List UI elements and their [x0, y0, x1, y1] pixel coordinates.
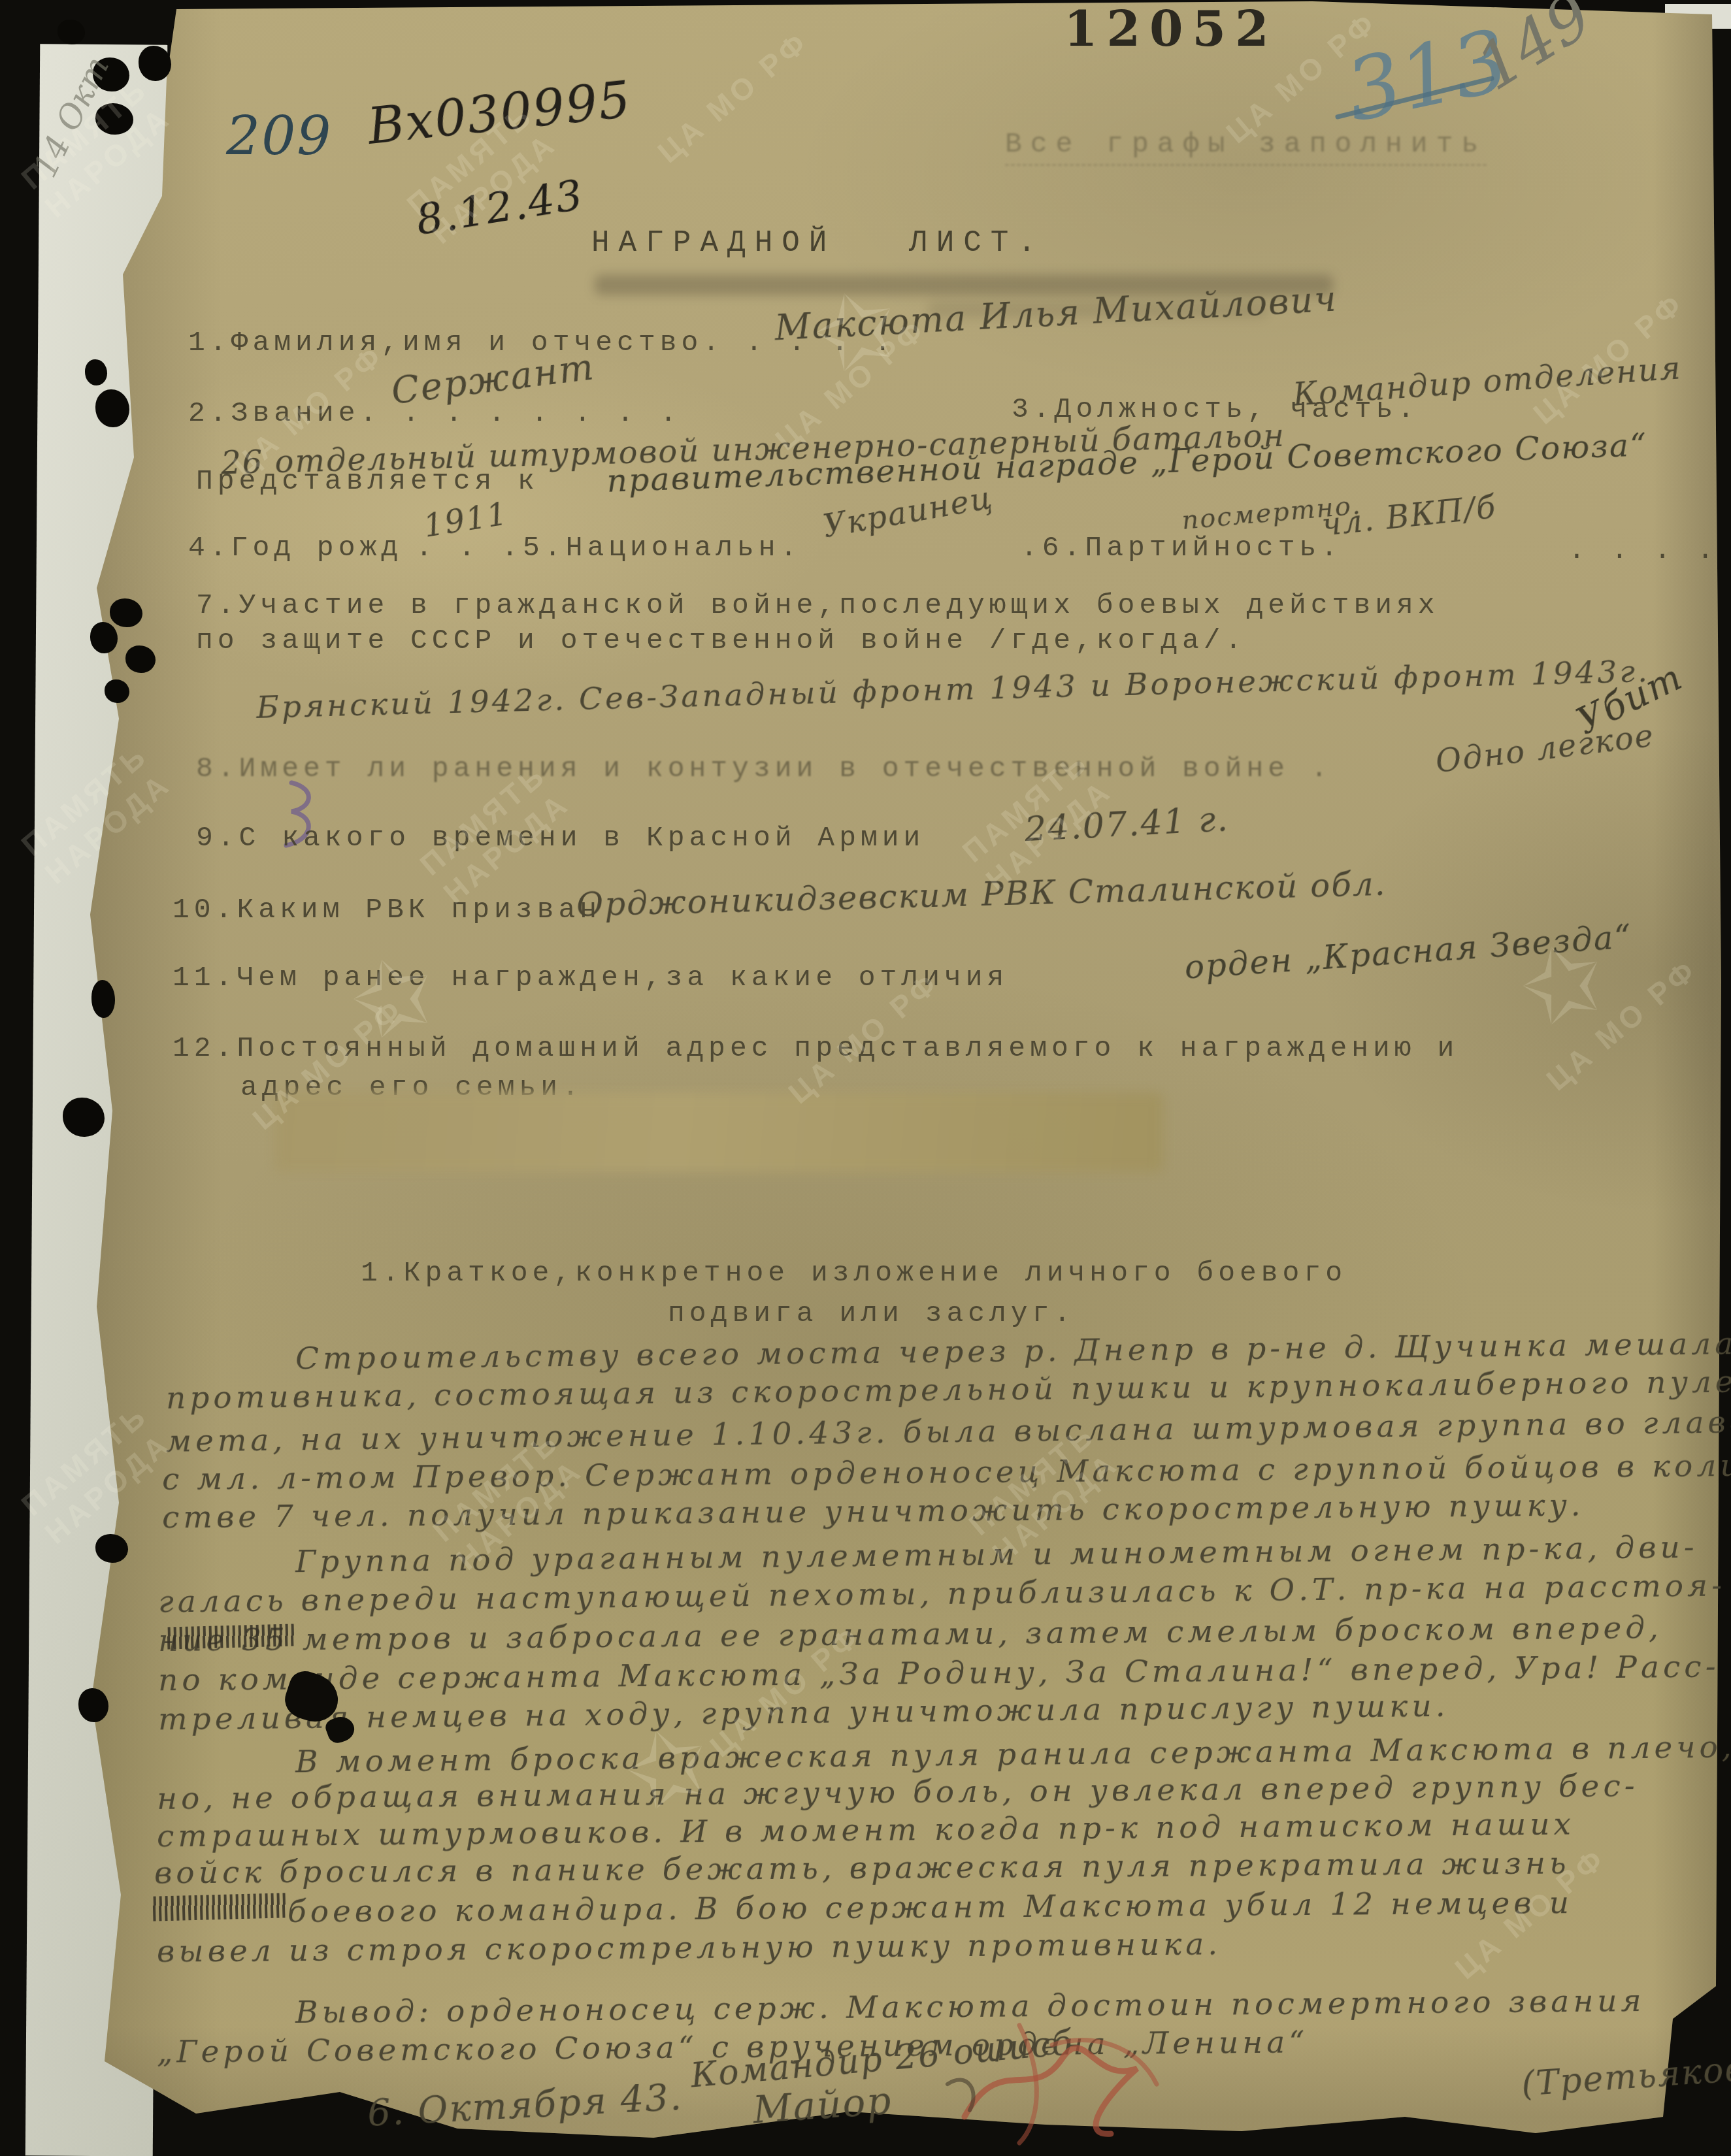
scanned-award-document: 12052 313 149 209 Вх030995 8.12.43 14 Ок…	[0, 0, 1731, 2156]
field-12-label-line1: 12.Постоянный домашний адрес представляе…	[173, 1032, 1459, 1064]
field-9-label: 9.С какого времени в Красной Армии	[196, 822, 925, 854]
citation-line: вывел из строя скорострельную пушку прот…	[157, 1926, 1222, 1969]
punch-hole	[78, 1688, 108, 1722]
field-7-label-line2: по защите СССР и отечественной войне /гд…	[196, 625, 1246, 657]
punch-hole	[105, 679, 129, 703]
citation-heading-line1: 1.Краткое,конкретное изложение личного б…	[361, 1257, 1347, 1289]
punch-hole	[110, 598, 142, 627]
crossed-out-word	[165, 1624, 296, 1649]
punch-hole	[95, 389, 129, 427]
signature-scrawl	[941, 2006, 1411, 2149]
punch-hole	[85, 359, 107, 385]
citation-heading-line2: подвига или заслуг.	[668, 1298, 1075, 1330]
punch-hole	[125, 645, 156, 673]
punch-hole	[95, 103, 133, 135]
punch-hole	[63, 1098, 105, 1137]
registry-number: 209	[226, 106, 333, 168]
field-6-dots: . . . .	[1568, 534, 1719, 566]
signature-rank: Майор	[751, 2078, 894, 2132]
serial-number: 12052	[1064, 1, 1278, 57]
document-title: НАГРАДНОЙ ЛИСТ.	[591, 226, 1045, 260]
field-5-label: . . .5.Национальн.	[416, 532, 801, 564]
field-4-label: 4.Год рожд	[188, 532, 403, 564]
field-7-label-line1: 7.Участие в гражданской войне,последующи…	[196, 589, 1440, 621]
field-8-label: 8.Имеет ли ранения и контузии в отечеств…	[196, 753, 1332, 785]
redaction-blur	[274, 1092, 1163, 1172]
punch-hole	[58, 20, 85, 44]
field-6-label: .6.Партийность.	[1021, 532, 1342, 564]
crossed-out-word	[150, 1893, 288, 1921]
field-10-label: 10.Каким РВК призван	[173, 894, 601, 926]
fill-instruction: Все графы заполнить	[1005, 128, 1487, 166]
punch-hole	[90, 622, 118, 653]
punch-hole	[95, 1534, 128, 1563]
presented-label: Представляется к	[196, 465, 539, 497]
punch-hole	[91, 980, 115, 1018]
field-11-label: 11.Чем ранее награжден,за какие отличия	[173, 962, 1008, 994]
punch-hole	[139, 46, 171, 81]
